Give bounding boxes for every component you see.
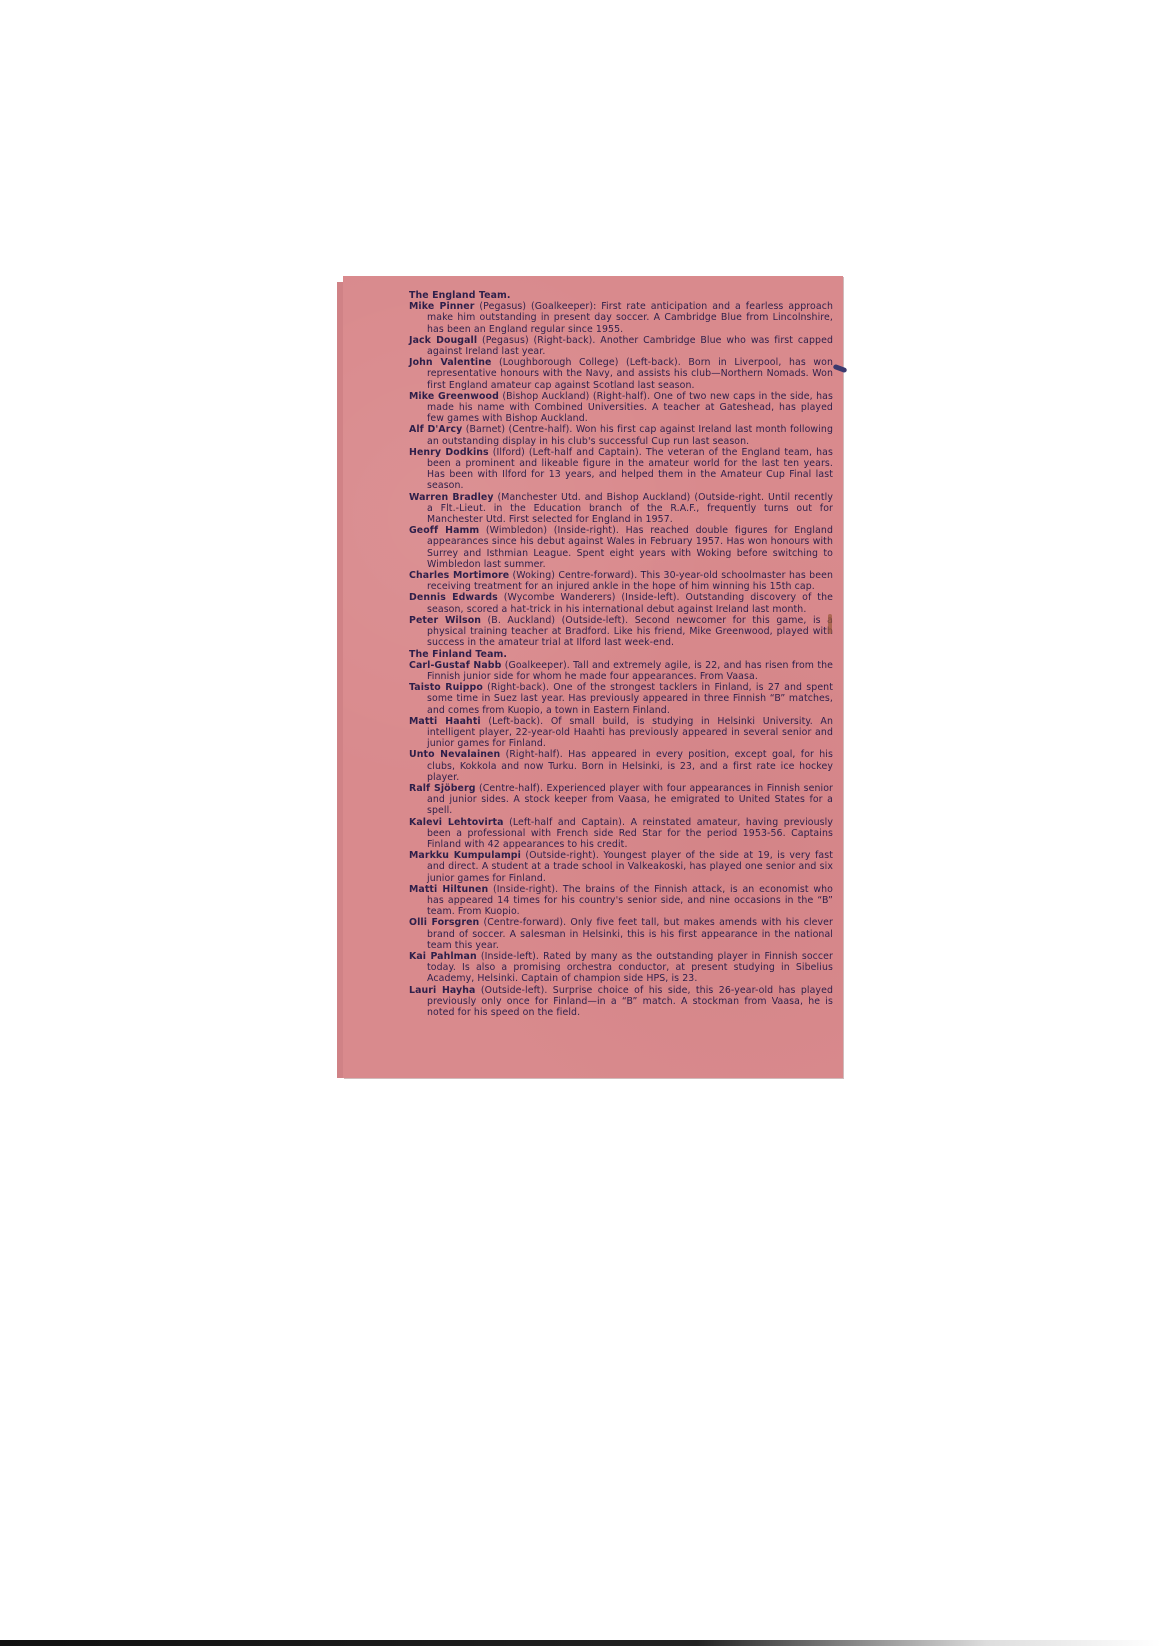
player-name: Unto Nevalainen: [409, 749, 500, 760]
player-entry: Mike Pinner (Pegasus) (Goalkeeper): Firs…: [409, 301, 833, 335]
player-name: Taisto Ruippo: [409, 682, 483, 693]
player-description: (Right-back). One of the strongest tackl…: [427, 682, 833, 715]
player-name: Matti Haahti: [409, 716, 481, 727]
player-entry: Alf D'Arcy (Barnet) (Centre-half). Won h…: [409, 424, 833, 446]
player-description: (Left-back). Of small build, is studying…: [427, 716, 833, 749]
programme-page: The England Team.Mike Pinner (Pegasus) (…: [343, 276, 843, 1078]
player-name: Kai Pahlman: [409, 951, 477, 962]
player-description: (Barnet) (Centre-half). Won his first ca…: [427, 424, 833, 446]
player-name: Charles Mortimore: [409, 570, 509, 581]
player-name: Dennis Edwards: [409, 592, 498, 603]
player-entry: Kalevi Lehtovirta (Left-half and Captain…: [409, 817, 833, 851]
player-entry: Charles Mortimore (Woking) Centre-forwar…: [409, 570, 833, 592]
player-description: (Wimbledon) (Inside-right). Has reached …: [427, 525, 833, 570]
player-name: Kalevi Lehtovirta: [409, 817, 504, 828]
scan-edge-bar: [0, 1640, 1161, 1646]
player-description: (Inside-left). Rated by many as the outs…: [427, 951, 833, 984]
player-entry: Mike Greenwood (Bishop Auckland) (Right-…: [409, 391, 833, 425]
player-description: (Pegasus) (Goalkeeper): First rate antic…: [427, 301, 833, 334]
player-entry: Henry Dodkins (Ilford) (Left-half and Ca…: [409, 447, 833, 492]
player-entry: Matti Haahti (Left-back). Of small build…: [409, 716, 833, 750]
section-heading: The England Team.: [409, 290, 833, 301]
player-entry: Dennis Edwards (Wycombe Wanderers) (Insi…: [409, 592, 833, 614]
section-heading: The Finland Team.: [409, 649, 833, 660]
player-description: (B. Auckland) (Outside-left). Second new…: [427, 615, 833, 648]
player-name: Alf D'Arcy: [409, 424, 462, 435]
player-entry: Ralf Sjöberg (Centre-half). Experienced …: [409, 783, 833, 817]
player-description: (Ilford) (Left-half and Captain). The ve…: [427, 447, 833, 492]
player-description: (Centre-half). Experienced player with f…: [427, 783, 833, 816]
player-name: Matti Hiltunen: [409, 884, 488, 895]
player-entry: Markku Kumpulampi (Outside-right). Young…: [409, 850, 833, 884]
player-name: Olli Forsgren: [409, 917, 479, 928]
player-entry: Warren Bradley (Manchester Utd. and Bish…: [409, 492, 833, 526]
player-entry: Jack Dougall (Pegasus) (Right-back). Ano…: [409, 335, 833, 357]
player-name: John Valentine: [409, 357, 491, 368]
player-entry: Olli Forsgren (Centre-forward). Only fiv…: [409, 917, 833, 951]
player-entry: Taisto Ruippo (Right-back). One of the s…: [409, 682, 833, 716]
player-name: Mike Pinner: [409, 301, 475, 312]
player-entry: Unto Nevalainen (Right-half). Has appear…: [409, 749, 833, 783]
player-biographies: The England Team.Mike Pinner (Pegasus) (…: [409, 290, 833, 1018]
player-name: Ralf Sjöberg: [409, 783, 476, 794]
player-name: Jack Dougall: [409, 335, 477, 346]
player-name: Mike Greenwood: [409, 391, 499, 402]
player-entry: Lauri Hayha (Outside-left). Surprise cho…: [409, 985, 833, 1019]
player-name: Henry Dodkins: [409, 447, 489, 458]
player-entry: Carl-Gustaf Nabb (Goalkeeper). Tall and …: [409, 660, 833, 682]
player-description: (Centre-forward). Only five feet tall, b…: [427, 917, 833, 950]
player-name: Peter Wilson: [409, 615, 481, 626]
player-entry: Geoff Hamm (Wimbledon) (Inside-right). H…: [409, 525, 833, 570]
player-name: Warren Bradley: [409, 492, 494, 503]
player-name: Carl-Gustaf Nabb: [409, 660, 501, 671]
player-name: Lauri Hayha: [409, 985, 475, 996]
player-name: Geoff Hamm: [409, 525, 479, 536]
page-fold-edge: [337, 282, 343, 1078]
player-entry: Kai Pahlman (Inside-left). Rated by many…: [409, 951, 833, 985]
player-description: (Outside-left). Surprise choice of his s…: [427, 985, 833, 1018]
player-name: Markku Kumpulampi: [409, 850, 521, 861]
player-description: (Pegasus) (Right-back). Another Cambridg…: [427, 335, 833, 357]
player-entry: John Valentine (Loughborough College) (L…: [409, 357, 833, 391]
player-description: (Inside-right). The brains of the Finnis…: [427, 884, 833, 917]
player-entry: Matti Hiltunen (Inside-right). The brain…: [409, 884, 833, 918]
player-entry: Peter Wilson (B. Auckland) (Outside-left…: [409, 615, 833, 649]
stain-mark: [828, 614, 832, 634]
